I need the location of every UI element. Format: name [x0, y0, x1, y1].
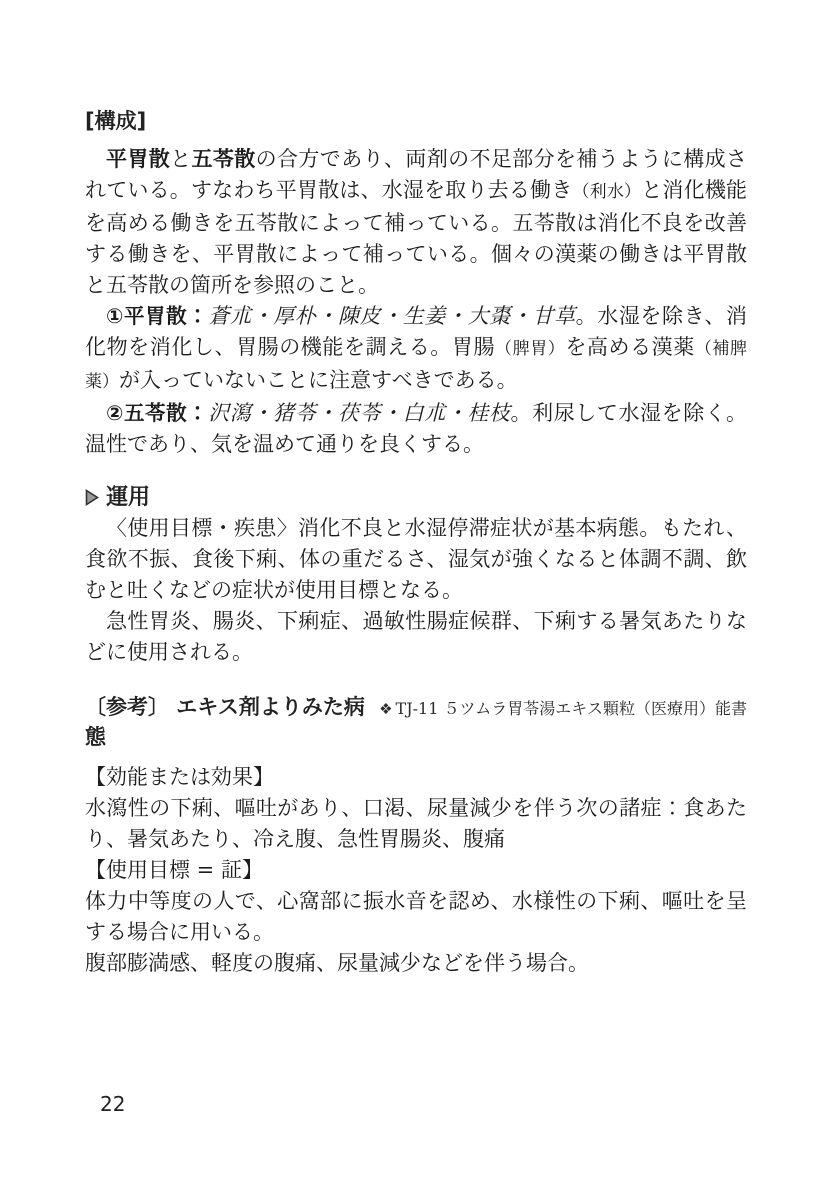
composition-paragraph: 平胃散と五苓散の合方であり、両剤の不足部分を補うように構成されている。すなわち平… — [85, 143, 747, 301]
efficacy-paragraph: 水瀉性の下痢、嘔吐があり、口渇、尿量減少を伴う次の諸症：食あたり、暑気あたり、冷… — [85, 793, 747, 855]
composition-heading: [構成] — [85, 106, 747, 136]
application-usage-paragraph: 急性胃炎、腸炎、下痢症、過敏性腸症候群、下痢する暑気あたりなどに使用される。 — [85, 606, 747, 668]
reference-source-label: TJ-11 ５ツムラ胃苓湯エキス顆粒（医療用）能書 — [396, 699, 747, 718]
section-reference: 〔参考〕 エキス剤よりみた病態 ❖TJ-11 ５ツムラ胃苓湯エキス顆粒（医療用）… — [85, 692, 747, 979]
reference-source: ❖TJ-11 ５ツムラ胃苓湯エキス顆粒（医療用）能書 — [379, 697, 747, 721]
usage-goal-paragraph-2: 腹部膨満感、軽度の腹痛、尿量減少などを伴う場合。 — [85, 948, 747, 979]
usage-goal-heading: 【使用目標 = 証】 — [85, 855, 747, 886]
heiisan-ingredients-paragraph: ①平胃散：蒼朮・厚朴・陳皮・生姜・大棗・甘草。水湿を除き、消化物を消化し、胃腸の… — [85, 301, 747, 398]
usage-goal-paragraph-1: 体力中等度の人で、心窩部に振水音を認め、水様性の下痢、嘔吐を呈する場合に用いる。 — [85, 886, 747, 948]
application-target-paragraph: 〈使用目標・疾患〉消化不良と水湿停滞症状が基本病態。もたれ、食欲不振、食後下痢、… — [85, 513, 747, 606]
application-heading: 運用 — [85, 482, 747, 513]
goreisan-ingredients-paragraph: ②五苓散：沢瀉・猪苓・茯苓・白朮・桂枝。利尿して水湿を除く。温性であり、気を温め… — [85, 398, 747, 460]
page-content: [構成] 平胃散と五苓散の合方であり、両剤の不足部分を補うように構成されている。… — [85, 106, 747, 979]
section-composition: [構成] 平胃散と五苓散の合方であり、両剤の不足部分を補うように構成されている。… — [85, 106, 747, 460]
reference-heading: 〔参考〕 エキス剤よりみた病態 — [85, 692, 379, 752]
reference-header-row: 〔参考〕 エキス剤よりみた病態 ❖TJ-11 ５ツムラ胃苓湯エキス顆粒（医療用）… — [85, 692, 747, 752]
application-heading-label: 運用 — [106, 482, 150, 513]
right-triangle-icon — [85, 489, 99, 506]
diamond-icon: ❖ — [379, 700, 392, 718]
page-number: 22 — [100, 1092, 125, 1116]
section-application: 運用 〈使用目標・疾患〉消化不良と水湿停滞症状が基本病態。もたれ、食欲不振、食後… — [85, 482, 747, 668]
efficacy-heading: 【効能または効果】 — [85, 762, 747, 793]
document-page: [構成] 平胃散と五苓散の合方であり、両剤の不足部分を補うように構成されている。… — [0, 0, 830, 1178]
